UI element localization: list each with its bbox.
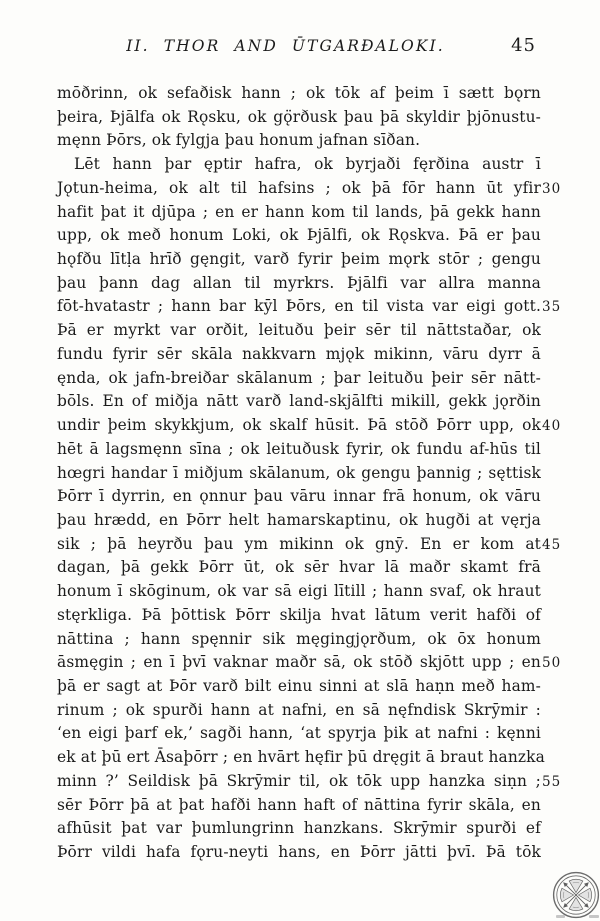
text-line-content: minn ?’ Seildisk þā Skrȳmir til, ok tōk … xyxy=(57,772,541,790)
text-line: sik ; þā heyrðu þau ym mikinn ok gnȳ. En… xyxy=(57,533,541,557)
margin-line-number: 40 xyxy=(542,415,566,439)
text-line-content: hœgri handar ī miðjum skālanum, ok gengu… xyxy=(57,464,541,482)
text-line: hēt ā lagsmęnn sīna ; ok leituðusk fyrir… xyxy=(57,438,541,462)
text-line-content: fundu fyrir sēr skāla nakkvarn mjǫk miki… xyxy=(57,345,541,363)
text-line-content: þau þann dag allan til myrkrs. Þjālfi va… xyxy=(57,274,541,292)
text-line-content: mōðrinn, ok sefaðisk hann ; ok tōk af þe… xyxy=(57,84,541,102)
text-line: rinum ; ok spurði hann at nafni, en sā n… xyxy=(57,699,541,723)
text-line: Þōrr vildi hafa fǫru-neyti hans, en Þōrr… xyxy=(57,841,541,865)
text-line-content: nāttina ; hann spęnnir sik męgingjǫrðum,… xyxy=(57,630,541,648)
text-line: Þā er myrkt var orðit, leituðu þeir sēr … xyxy=(57,319,541,343)
text-line: honum ī skōginum, ok var sā eigi lītill … xyxy=(57,580,541,604)
text-line-content: undir þeim skykkjum, ok skalf hūsit. Þā … xyxy=(57,416,541,434)
text-line: nāttina ; hann spęnnir sik męgingjǫrðum,… xyxy=(57,628,541,652)
text-line: hǫfðu lītḷa hrīð gęngit, varð fyrir þeim… xyxy=(57,248,541,272)
text-line: dagan, þā gekk Þōrr ūt, ok sēr hvar lā m… xyxy=(57,556,541,580)
text-line-content: stęrkliga. Þā þōttisk Þōrr skilja hvat l… xyxy=(57,606,541,624)
text-line-content: Þā er myrkt var orðit, leituðu þeir sēr … xyxy=(57,321,541,339)
text-line-content: Þōrr ī dyrrin, en ǫnnur þau vāru innar f… xyxy=(57,487,541,505)
text-line-content: upp, ok með honum Loki, ok Þjālfi, ok Rǫ… xyxy=(57,226,541,244)
margin-line-number: 50 xyxy=(542,652,566,676)
text-line: stęrkliga. Þā þōttisk Þōrr skilja hvat l… xyxy=(57,604,541,628)
margin-line-number: 55 xyxy=(542,771,566,795)
running-title: II. THOR AND ŪTGARÐALOKI. xyxy=(57,37,514,55)
margin-line-number: 45 xyxy=(542,534,566,558)
text-line-content: Þōrr vildi hafa fǫru-neyti hans, en Þōrr… xyxy=(57,843,541,861)
book-page: II. THOR AND ŪTGARÐALOKI. 45 mōðrinn, ok… xyxy=(0,0,600,921)
text-line: þau hrædd, en Þōrr helt hamarskaptinu, o… xyxy=(57,509,541,533)
text-line: sēr Þōrr þā at þat hafði hann haft of nā… xyxy=(57,794,541,818)
text-line: fundu fyrir sēr skāla nakkvarn mjǫk miki… xyxy=(57,343,541,367)
text-line: ‘en eigi þarf ek,’ sagði hann, ‘at spyrj… xyxy=(57,722,541,746)
text-line-content: sēr Þōrr þā at þat hafði hann haft of nā… xyxy=(57,796,541,814)
text-line-content: bōls. En of miðja nātt varð land-skjālft… xyxy=(57,392,541,410)
text-line: ęnda, ok jafn-breiðar skālanum ; þar lei… xyxy=(57,367,541,391)
text-line: þau þann dag allan til myrkrs. Þjālfi va… xyxy=(57,272,541,296)
text-line: undir þeim skykkjum, ok skalf hūsit. Þā … xyxy=(57,414,541,438)
text-line: upp, ok með honum Loki, ok Þjālfi, ok Rǫ… xyxy=(57,224,541,248)
text-line-content: ek at þū ert Āsaþōrr ; en hvārt hęfir þū… xyxy=(57,748,545,766)
text-line-content: hafit þat it djūpa ; en er hann kom til … xyxy=(57,203,541,221)
text-line: Lēt hann þar ęptir hafra, ok byrjaði fęr… xyxy=(57,153,541,177)
text-line: þā er sagt at Þōr varð bilt einu sinni a… xyxy=(57,675,541,699)
text-line: męnn Þōrs, ok fylgja þau honum jafnan sī… xyxy=(57,129,541,153)
text-line: afhūsit þat var þumlungrinn hanzkans. Sk… xyxy=(57,817,541,841)
stamp-caption-mark xyxy=(556,915,565,918)
text-line-content: afhūsit þat var þumlungrinn hanzkans. Sk… xyxy=(57,819,541,837)
text-line-content: hǫfðu lītḷa hrīð gęngit, varð fyrir þeim… xyxy=(57,250,541,268)
text-line-content: sik ; þā heyrðu þau ym mikinn ok gnȳ. En… xyxy=(57,535,541,553)
text-line-content: honum ī skōginum, ok var sā eigi lītill … xyxy=(57,582,541,600)
text-line-content: hēt ā lagsmęnn sīna ; ok leituðusk fyrir… xyxy=(57,440,541,458)
text-line-content: rinum ; ok spurði hann at nafni, en sā n… xyxy=(57,701,541,719)
text-line: āsmęgin ; en ī þvī vaknar maðr sā, ok st… xyxy=(57,651,541,675)
text-line: mōðrinn, ok sefaðisk hann ; ok tōk af þe… xyxy=(57,82,541,106)
margin-line-number: 30 xyxy=(542,178,566,202)
page-header: II. THOR AND ŪTGARÐALOKI. 45 xyxy=(57,37,544,63)
text-line-content: fōt-hvatastr ; hann bar kȳl Þōrs, en til… xyxy=(57,297,541,315)
margin-line-number: 35 xyxy=(542,296,566,320)
library-stamp-icon xyxy=(552,871,600,919)
text-line-content: Lēt hann þar ęptir hafra, ok byrjaði fęr… xyxy=(74,155,541,173)
text-line-content: dagan, þā gekk Þōrr ūt, ok sēr hvar lā m… xyxy=(57,558,541,576)
text-line: þeira, Þjālfa ok Rǫsku, ok gǫ̈rðusk þau … xyxy=(57,106,541,130)
text-line-content: ‘en eigi þarf ek,’ sagði hann, ‘at spyrj… xyxy=(57,724,541,742)
text-line: fōt-hvatastr ; hann bar kȳl Þōrs, en til… xyxy=(57,295,541,319)
text-line-content: þau hrædd, en Þōrr helt hamarskaptinu, o… xyxy=(57,511,541,529)
text-line: Þōrr ī dyrrin, en ǫnnur þau vāru innar f… xyxy=(57,485,541,509)
text-line: bōls. En of miðja nātt varð land-skjālft… xyxy=(57,390,541,414)
text-line-content: āsmęgin ; en ī þvī vaknar maðr sā, ok st… xyxy=(57,653,541,671)
text-line-content: męnn Þōrs, ok fylgja þau honum jafnan sī… xyxy=(57,131,420,149)
text-line: minn ?’ Seildisk þā Skrȳmir til, ok tōk … xyxy=(57,770,541,794)
text-block: mōðrinn, ok sefaðisk hann ; ok tōk af þe… xyxy=(57,82,541,865)
text-line: Jǫtun-heima, ok alt til hafsins ; ok þā … xyxy=(57,177,541,201)
page-number: 45 xyxy=(511,35,536,56)
text-line: hafit þat it djūpa ; en er hann kom til … xyxy=(57,201,541,225)
text-line: hœgri handar ī miðjum skālanum, ok gengu… xyxy=(57,462,541,486)
text-line-content: þā er sagt at Þōr varð bilt einu sinni a… xyxy=(57,677,541,695)
text-line-content: þeira, Þjālfa ok Rǫsku, ok gǫ̈rðusk þau … xyxy=(57,108,541,126)
text-line-content: Jǫtun-heima, ok alt til hafsins ; ok þā … xyxy=(57,179,541,197)
text-line-content: ęnda, ok jafn-breiðar skālanum ; þar lei… xyxy=(57,369,541,387)
stamp-caption-mark xyxy=(589,915,599,918)
text-line: ek at þū ert Āsaþōrr ; en hvārt hęfir þū… xyxy=(57,746,541,770)
